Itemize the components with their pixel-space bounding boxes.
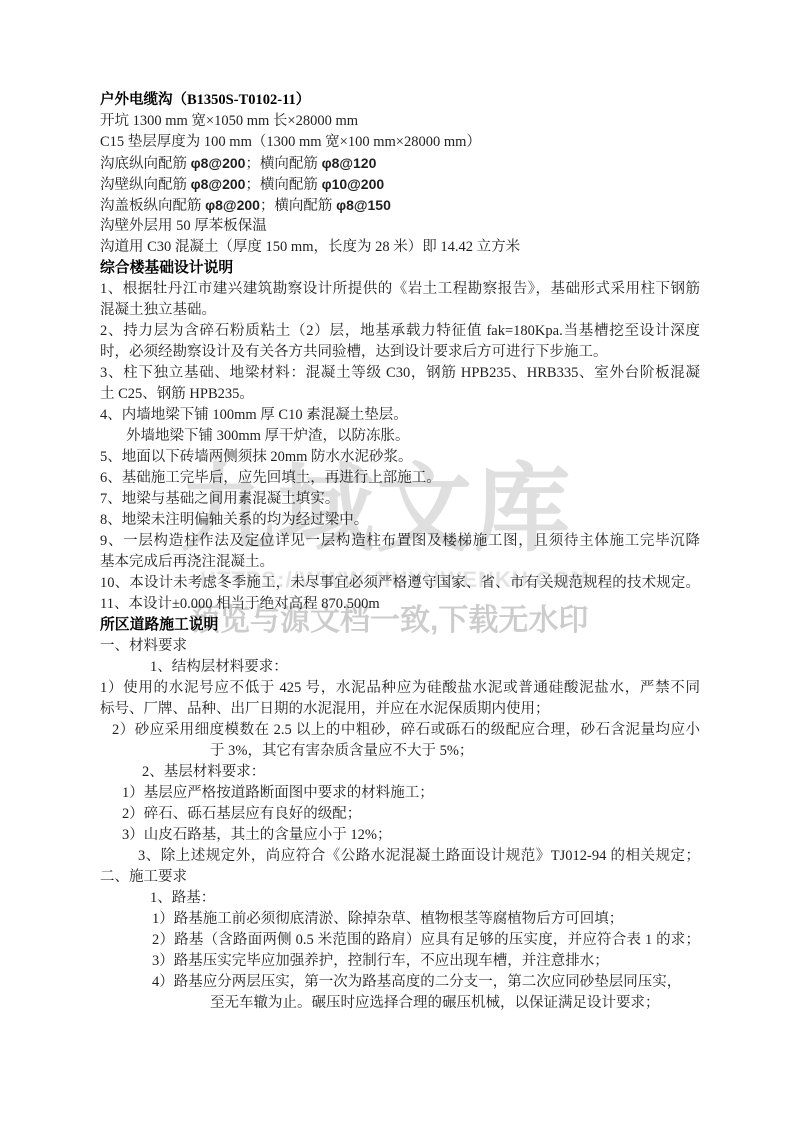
doc-text: 3）路基压实完毕应加强养护，控制行车，不应出现车槽，并注意排水； (152, 953, 609, 969)
doc-text: ；横向配筋 (245, 177, 321, 193)
doc-text: 沟壁外层用 50 厚苯板保温 (100, 218, 267, 234)
doc-text: 综合楼基础设计说明 (100, 260, 233, 276)
doc-line: 10、本设计未考虑冬季施工，未尽事宜必须严格遵守国家、省、市有关规范规程的技术规… (100, 573, 700, 594)
doc-text: 4、内墙地梁下铺 100mm 厚 C10 素混凝土垫层。 (100, 407, 408, 423)
doc-text: ；横向配筋 (245, 156, 321, 172)
doc-line: 二、施工要求 (100, 867, 700, 888)
doc-text: 1、根据牡丹江市建兴建筑勘察设计所提供的《岩土工程勘察报告》，基础形式采用柱下钢… (100, 281, 700, 297)
doc-line: 沟道用 C30 混凝土（厚度 150 mm，长度为 28 米）即 14.42 立… (100, 237, 700, 258)
doc-text: 4）路基应分两层压实，第一次为路基高度的二分支一，第二次应同砂垫层同压实， (152, 974, 681, 990)
doc-text: 10、本设计未考虑冬季施工，未尽事宜必须严格遵守国家、省、市有关规范规程的技术规… (100, 575, 700, 591)
doc-text: 2）砂应采用细度模数在 2.5 以上的中粗砂，碎石或砾石的级配应合理，砂石含泥量… (112, 722, 700, 738)
doc-line: 沟底纵向配筋 φ8@200；横向配筋 φ8@120 (100, 153, 700, 174)
doc-text: 3）山皮石路基，其土的含量应小于 12%； (122, 827, 391, 843)
rebar-spec-text: φ8@150 (336, 197, 391, 213)
doc-line: 5、地面以下砖墙两侧须抹 20mm 防水水泥砂浆。 (100, 447, 700, 468)
doc-line: 1、路基： (100, 888, 700, 909)
doc-text: 1、路基： (150, 890, 215, 906)
doc-text: 户外电缆沟（B1350S-T0102-11） (100, 92, 310, 108)
doc-text: 5、地面以下砖墙两侧须抹 20mm 防水水泥砂浆。 (100, 449, 413, 465)
rebar-spec-text: φ8@200 (191, 176, 246, 192)
doc-text: 2、持力层为含碎石粉质粘土（2）层，地基承载力特征值 fak=180Kpa.当基… (100, 323, 700, 339)
doc-line: 1）路基施工前必须彻底清淤、除掉杂草、植物根茎等腐植物后方可回填； (100, 909, 700, 930)
doc-line: 2）碎石、砾石基层应有良好的级配； (100, 804, 700, 825)
doc-text: 3、除上述规定外，尚应符合《公路水泥混凝土路面设计规范》TJ012-94 的相关… (138, 848, 700, 864)
doc-text: 基本完成后再浇注混凝土。 (100, 554, 274, 570)
doc-text: 一、材料要求 (100, 638, 187, 654)
doc-line: 外墙地梁下铺 300mm 厚干炉渣，以防冻胀。 (100, 426, 700, 447)
doc-line: 1、根据牡丹江市建兴建筑勘察设计所提供的《岩土工程勘察报告》，基础形式采用柱下钢… (100, 279, 700, 300)
doc-line: 开坑 1300 mm 宽×1050 mm 长×28000 mm (100, 111, 700, 132)
doc-line: 9、一层构造柱作法及定位详见一层构造柱布置图及楼梯施工图，且须待主体施工完毕沉降 (100, 531, 700, 552)
doc-line: 综合楼基础设计说明 (100, 258, 700, 279)
doc-line: 3、除上述规定外，尚应符合《公路水泥混凝土路面设计规范》TJ012-94 的相关… (100, 846, 700, 867)
doc-text: 二、施工要求 (100, 869, 187, 885)
doc-text: 1、结构层材料要求： (150, 659, 288, 675)
document-page: 九域文库 HTTPS://WWW.JIUYUWENKU.COM 预览与源文档一致… (0, 0, 793, 1122)
doc-line: 混凝土独立基础。 (100, 300, 700, 321)
doc-text: 沟底纵向配筋 (100, 156, 191, 172)
doc-line: 沟壁外层用 50 厚苯板保温 (100, 216, 700, 237)
doc-text: 1）路基施工前必须彻底清淤、除掉杂草、植物根茎等腐植物后方可回填； (152, 911, 623, 927)
doc-line: C15 垫层厚度为 100 mm（1300 mm 宽×100 mm×28000 … (100, 132, 700, 153)
doc-line: 2、基层材料要求： (100, 762, 700, 783)
doc-line: 于 3%，其它有害杂质含量应不大于 5%； (100, 741, 700, 762)
doc-text: 土 C25、钢筋 HPB235。 (100, 386, 254, 402)
doc-text: ；横向配筋 (260, 198, 336, 214)
doc-text: 6、基础施工完毕后，应先回填土，再进行上部施工。 (100, 470, 441, 486)
doc-text: 外墙地梁下铺 300mm 厚干炉渣，以防冻胀。 (126, 428, 410, 444)
doc-line: 至无车辙为止。碾压时应选择合理的碾压机械，以保证满足设计要求； (100, 993, 700, 1014)
doc-text: 沟道用 C30 混凝土（厚度 150 mm，长度为 28 米）即 14.42 立… (100, 239, 520, 255)
doc-line: 土 C25、钢筋 HPB235。 (100, 384, 700, 405)
doc-text: 7、地梁与基础之间用素混凝土填实。 (100, 491, 339, 507)
doc-text: 2）碎石、砾石基层应有良好的级配； (122, 806, 361, 822)
doc-text: 所区道路施工说明 (100, 617, 218, 633)
doc-text: 开坑 1300 mm 宽×1050 mm 长×28000 mm (100, 113, 358, 129)
document-content: 户外电缆沟（B1350S-T0102-11）开坑 1300 mm 宽×1050 … (100, 90, 700, 1014)
doc-text: 1）基层应严格按道路断面图中要求的材料施工； (122, 785, 434, 801)
doc-line: 1、结构层材料要求： (100, 657, 700, 678)
doc-line: 4）路基应分两层压实，第一次为路基高度的二分支一，第二次应同砂垫层同压实， (100, 972, 700, 993)
doc-text: 沟盖板纵向配筋 (100, 198, 205, 214)
doc-line: 1）基层应严格按道路断面图中要求的材料施工； (100, 783, 700, 804)
doc-text: 2）路基（含路面两侧 0.5 米范围的路肩）应具有足够的压实度，并应符合表 1 … (152, 932, 700, 948)
doc-line: 时，必须经勘察设计及有关各方共同验槽，达到设计要求后方可进行下步施工。 (100, 342, 700, 363)
doc-line: 所区道路施工说明 (100, 615, 700, 636)
doc-text: 时，必须经勘察设计及有关各方共同验槽，达到设计要求后方可进行下步施工。 (100, 344, 608, 360)
rebar-spec-text: φ8@120 (322, 155, 377, 171)
doc-line: 2）路基（含路面两侧 0.5 米范围的路肩）应具有足够的压实度，并应符合表 1 … (100, 930, 700, 951)
doc-line: 一、材料要求 (100, 636, 700, 657)
doc-text: 至无车辙为止。碾压时应选择合理的碾压机械，以保证满足设计要求； (210, 995, 660, 1011)
doc-text: 于 3%，其它有害杂质含量应不大于 5%； (210, 743, 473, 759)
rebar-spec-text: φ10@200 (322, 176, 385, 192)
doc-line: 基本完成后再浇注混凝土。 (100, 552, 700, 573)
doc-line: 沟壁纵向配筋 φ8@200；横向配筋 φ10@200 (100, 174, 700, 195)
doc-line: 6、基础施工完毕后，应先回填土，再进行上部施工。 (100, 468, 700, 489)
doc-line: 标号、厂牌、品种、出厂日期的水泥混用，并应在水泥保质期内使用； (100, 699, 700, 720)
doc-text: 混凝土独立基础。 (100, 302, 216, 318)
doc-text: 2、基层材料要求： (142, 764, 265, 780)
doc-text: 3、柱下独立基础、地梁材料：混凝土等级 C30，钢筋 HPB235、HRB335… (100, 365, 700, 381)
doc-line: 2）砂应采用细度模数在 2.5 以上的中粗砂，碎石或砾石的级配应合理，砂石含泥量… (100, 720, 700, 741)
rebar-spec-text: φ8@200 (205, 197, 260, 213)
doc-line: 3）山皮石路基，其土的含量应小于 12%； (100, 825, 700, 846)
doc-text: 8、地梁未注明偏轴关系的均为经过梁中。 (100, 512, 368, 528)
doc-line: 2、持力层为含碎石粉质粘土（2）层，地基承载力特征值 fak=180Kpa.当基… (100, 321, 700, 342)
doc-text: 标号、厂牌、品种、出厂日期的水泥混用，并应在水泥保质期内使用； (100, 701, 550, 717)
doc-line: 4、内墙地梁下铺 100mm 厚 C10 素混凝土垫层。 (100, 405, 700, 426)
doc-line: 户外电缆沟（B1350S-T0102-11） (100, 90, 700, 111)
doc-line: 7、地梁与基础之间用素混凝土填实。 (100, 489, 700, 510)
doc-text: 1）使用的水泥号应不低于 425 号，水泥品种应为硅酸盐水泥或普通硅酸泥盐水，严… (100, 680, 700, 696)
doc-text: 11、本设计±0.000 相当于绝对高程 870.500m (100, 596, 380, 612)
doc-line: 11、本设计±0.000 相当于绝对高程 870.500m (100, 594, 700, 615)
doc-line: 3、柱下独立基础、地梁材料：混凝土等级 C30，钢筋 HPB235、HRB335… (100, 363, 700, 384)
doc-text: C15 垫层厚度为 100 mm（1300 mm 宽×100 mm×28000 … (100, 134, 481, 150)
doc-text: 沟壁纵向配筋 (100, 177, 191, 193)
rebar-spec-text: φ8@200 (191, 155, 246, 171)
doc-line: 沟盖板纵向配筋 φ8@200；横向配筋 φ8@150 (100, 195, 700, 216)
doc-line: 1）使用的水泥号应不低于 425 号，水泥品种应为硅酸盐水泥或普通硅酸泥盐水，严… (100, 678, 700, 699)
doc-text: 9、一层构造柱作法及定位详见一层构造柱布置图及楼梯施工图，且须待主体施工完毕沉降 (100, 533, 700, 549)
doc-line: 8、地梁未注明偏轴关系的均为经过梁中。 (100, 510, 700, 531)
doc-line: 3）路基压实完毕应加强养护，控制行车，不应出现车槽，并注意排水； (100, 951, 700, 972)
